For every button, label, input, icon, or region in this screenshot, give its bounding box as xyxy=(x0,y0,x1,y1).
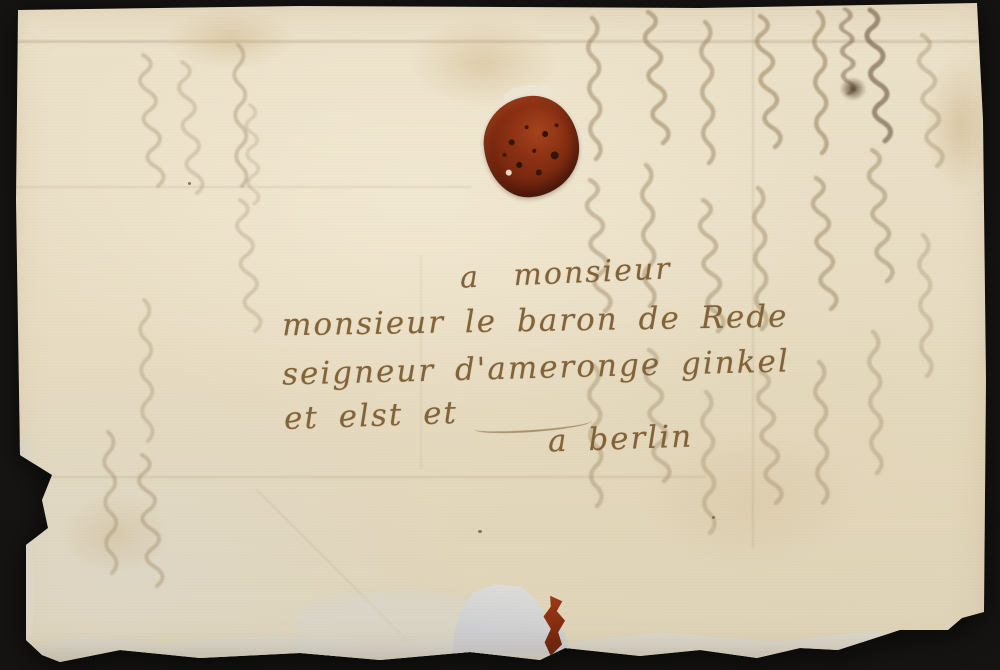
ink-smudge xyxy=(836,74,870,104)
address-line-1: a monsieur xyxy=(459,251,672,295)
letter-paper: a monsieur monsieur le baron de Rede sei… xyxy=(0,0,1000,670)
ink-speck xyxy=(478,530,482,533)
paper-stain xyxy=(60,495,170,575)
address-line-3: seigneur d'ameronge ginkel xyxy=(282,343,791,392)
paper-stain xyxy=(165,8,295,70)
fold-line-vertical-right xyxy=(752,8,754,548)
ink-speck xyxy=(188,182,191,185)
wax-seal-specks xyxy=(532,148,536,152)
fold-line-horizontal-lower xyxy=(16,476,706,478)
paper-shadow: a monsieur monsieur le baron de Rede sei… xyxy=(0,0,1000,670)
address-line-2: monsieur le baron de Rede xyxy=(282,299,789,344)
fold-line-horizontal-top xyxy=(16,40,978,43)
address-line-4: et elst et xyxy=(283,395,458,437)
fold-line-horizontal-mid xyxy=(16,186,471,188)
address-line-5: a berlin xyxy=(547,418,693,459)
torn-left-underlayer xyxy=(13,440,35,662)
ink-speck xyxy=(712,516,715,519)
showthrough-dark-strokes xyxy=(841,9,890,141)
paper-stain xyxy=(925,55,995,195)
showthrough-left-columns xyxy=(104,45,260,586)
photo-backdrop: a monsieur monsieur le baron de Rede sei… xyxy=(0,0,1000,670)
